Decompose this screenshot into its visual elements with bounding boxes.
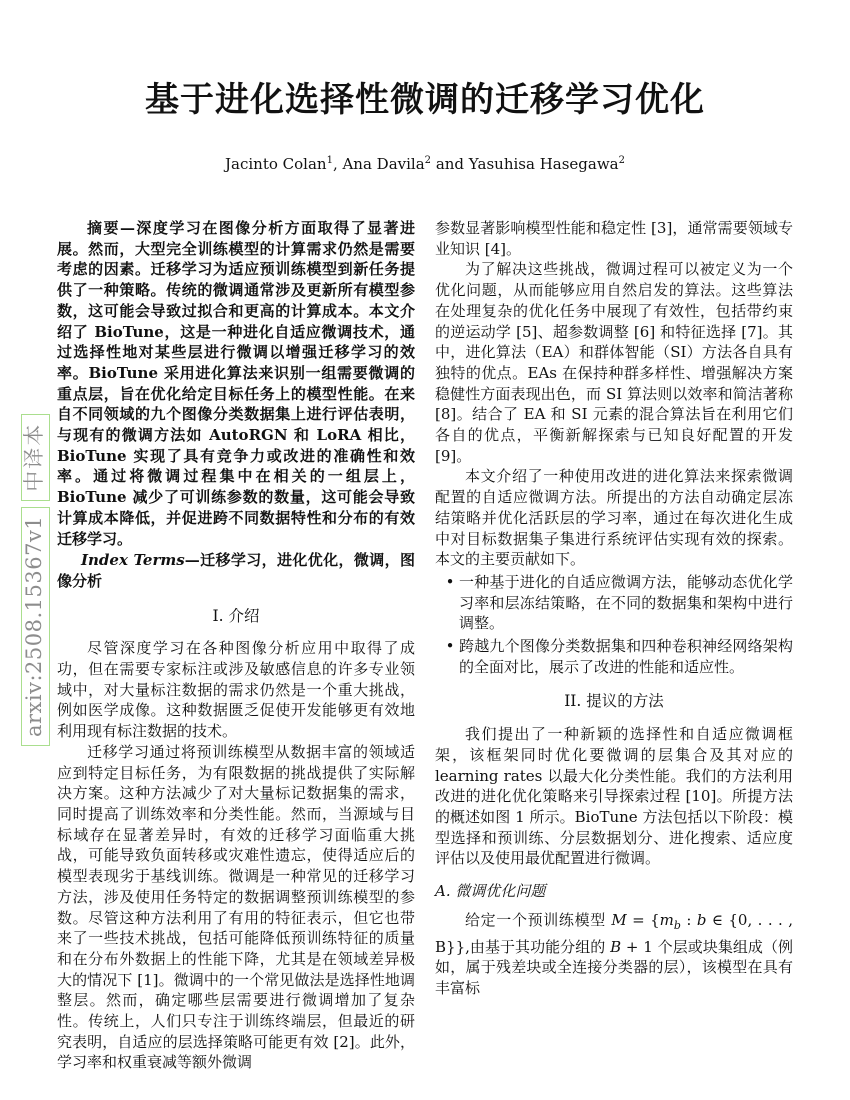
paper-title: 基于进化选择性微调的迁移学习优化: [60, 72, 790, 121]
author-line: Jacinto Colan1, Ana Davila2 and Yasuhisa…: [0, 155, 850, 173]
math-m-symbol: m: [660, 911, 674, 929]
intro-paragraph-4: 本文介绍了一种使用改进的进化算法来探索微调配置的自适应微调方法。所提出的方法自动…: [435, 466, 793, 570]
paper-header: 基于进化选择性微调的迁移学习优化 Jacinto Colan1, Ana Dav…: [0, 0, 850, 173]
author-1: Jacinto Colan: [225, 155, 327, 173]
right-column: 参数显著影响模型性能和稳定性 [3]，通常需要领域专业知识 [4]。 为了解决这…: [435, 218, 793, 999]
intro-paragraph-2-continuation: 参数显著影响模型性能和稳定性 [3]，通常需要领域专业知识 [4]。: [435, 218, 793, 259]
index-terms-label: Index Terms: [81, 551, 185, 569]
subsection-heading-problem: A. 微调优化问题: [435, 881, 793, 902]
problem-text-1: 给定一个预训练模型: [465, 911, 611, 929]
paper-page: arxiv:2508.15367v1 中译本 基于进化选择性微调的迁移学习优化 …: [0, 0, 850, 1100]
section-heading-introduction: I. 介绍: [57, 606, 415, 627]
bullet-icon: •: [441, 636, 459, 677]
abstract-paragraph: 摘要—深度学习在图像分析方面取得了显著进展。然而，大型完全训练模型的计算需求仍然…: [57, 218, 415, 549]
contribution-bullet-2-text: 跨越九个图像分类数据集和四种卷积神经网络架构的全面对比，展示了改进的性能和适应性…: [459, 636, 793, 677]
intro-paragraph-3: 为了解决这些挑战，微调过程可以被定义为一个优化问题，从而能够应用自然启发的算法。…: [435, 259, 793, 466]
abstract-label: 摘要—: [87, 219, 135, 237]
problem-paragraph: 给定一个预训练模型 M = {mb : b ∈ {0, . . . , B}},…: [435, 910, 793, 999]
author-2: , Ana Davila: [333, 155, 425, 173]
contribution-bullet-1-text: 一种基于进化的自适应微调方法，能够动态优化学习率和层冻结策略，在不同的数据集和架…: [459, 572, 793, 634]
contribution-bullet-1: • 一种基于进化的自适应微调方法，能够动态优化学习率和层冻结策略，在不同的数据集…: [441, 572, 793, 634]
math-colon: :: [681, 911, 697, 929]
intro-paragraph-2-left: 迁移学习通过将预训练模型从数据丰富的领域适应到特定目标任务，为有限数据的挑战提供…: [57, 742, 415, 1073]
math-b-symbol: b: [697, 911, 707, 929]
arxiv-id-badge: arxiv:2508.15367v1: [21, 507, 50, 746]
author-3-affiliation: 2: [619, 155, 625, 166]
math-model-symbol: M: [611, 911, 626, 929]
method-paragraph-1: 我们提出了一种新颖的选择性和自适应微调框架，该框架同时优化要微调的层集合及其对应…: [435, 724, 793, 869]
index-terms-line: Index Terms—迁移学习，进化优化，微调，图像分析: [57, 550, 415, 591]
section-heading-method: II. 提议的方法: [435, 691, 793, 712]
intro-paragraph-1: 尽管深度学习在各种图像分析应用中取得了成功，但在需要专家标注或涉及敏感信息的许多…: [57, 638, 415, 742]
math-B-symbol: B: [610, 938, 621, 956]
math-plus-one: + 1: [621, 938, 658, 956]
contribution-bullet-2: • 跨越九个图像分类数据集和四种卷积神经网络架构的全面对比，展示了改进的性能和适…: [441, 636, 793, 677]
math-equals-brace: = {: [627, 911, 660, 929]
left-column: 摘要—深度学习在图像分析方面取得了显著进展。然而，大型完全训练模型的计算需求仍然…: [57, 218, 415, 1073]
abstract-text: 深度学习在图像分析方面取得了显著进展。然而，大型完全训练模型的计算需求仍然是需要…: [57, 219, 415, 548]
author-3: and Yasuhisa Hasegawa: [431, 155, 619, 173]
bullet-icon: •: [441, 572, 459, 634]
problem-text-2: 由基于其功能分组的: [470, 938, 610, 956]
math-m-subscript: b: [674, 919, 681, 932]
translation-badge: 中译本: [21, 414, 50, 501]
